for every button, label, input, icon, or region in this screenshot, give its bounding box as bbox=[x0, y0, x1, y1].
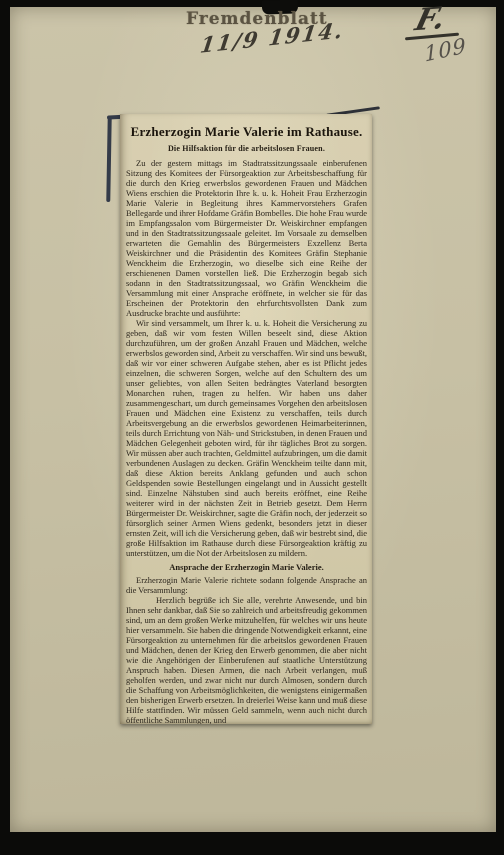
speech-paragraph: Herzlich begrüße ich Sie alle, verehrte … bbox=[126, 595, 367, 724]
clipping-title: Erzherzogin Marie Valerie im Rathause. bbox=[126, 124, 367, 139]
article-body: Zu der gestern mittags im Stadtratssitzu… bbox=[126, 158, 367, 724]
article-paragraph-wenckheim-speech: Wir sind versammelt, um Ihrer k. u. k. H… bbox=[126, 318, 367, 558]
article-paragraph-intro: Zu der gestern mittags im Stadtratssitzu… bbox=[126, 158, 367, 318]
newspaper-clipping: Erzherzogin Marie Valerie im Rathause. D… bbox=[120, 114, 372, 724]
section-heading: Ansprache der Erzherzogin Marie Valerie. bbox=[126, 562, 367, 572]
scan-background: Fremdenblatt 11/9 1914. F. 109 Erzherzog… bbox=[0, 0, 504, 855]
speech-intro: Erzherzogin Marie Valerie richtete sodan… bbox=[126, 575, 367, 595]
clipping-subtitle: Die Hilfsaktion für die arbeitslosen Fra… bbox=[126, 144, 367, 153]
